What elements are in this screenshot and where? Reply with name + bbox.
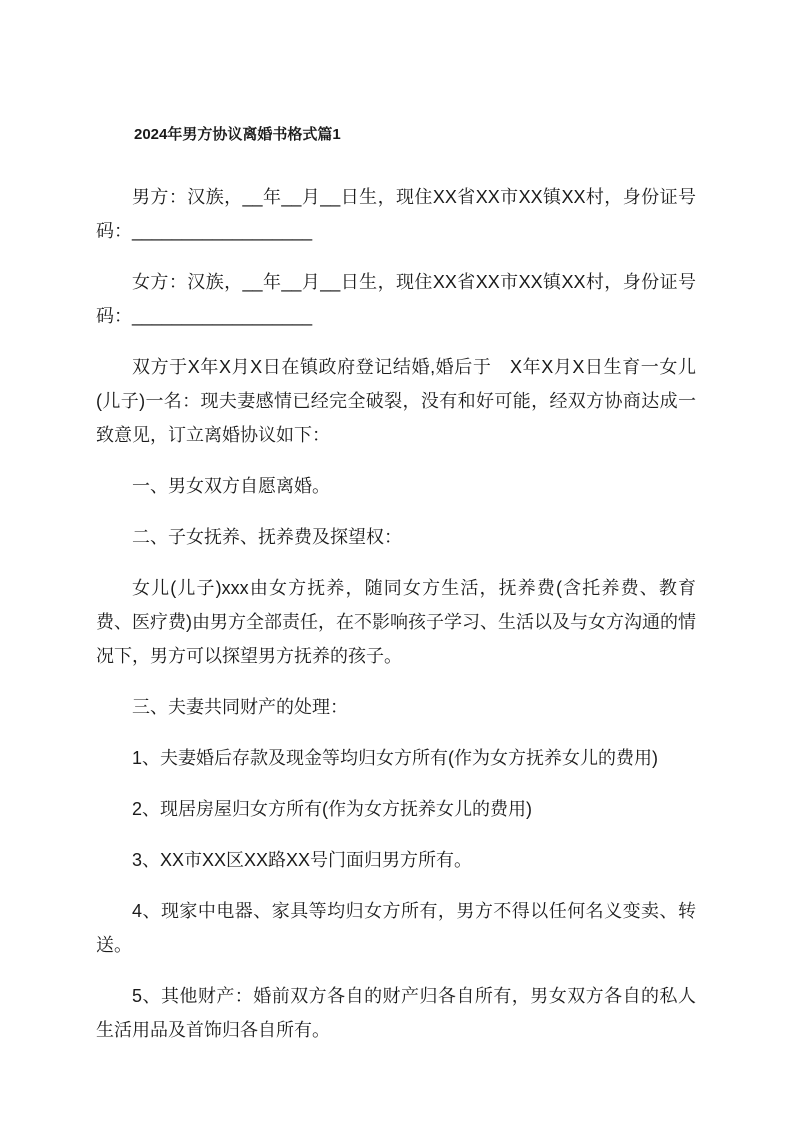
clause-1-voluntary-divorce: 一、男女双方自愿离婚。 xyxy=(96,469,696,503)
document-title: 2024年男方协议离婚书格式篇1 xyxy=(96,118,696,152)
clause-2-child-custody-heading: 二、子女抚养、抚养费及探望权： xyxy=(96,520,696,554)
document-page: 2024年男方协议离婚书格式篇1 男方：汉族，__年__月__日生，现住XX省X… xyxy=(0,0,793,1122)
paragraph-marriage-intro: 双方于X年X月X日在镇政府登记结婚,婚后于 X年X月X日生育一女儿(儿子)一名：… xyxy=(96,350,696,452)
property-item-5-other: 5、其他财产：婚前双方各自的财产归各自所有，男女双方各自的私人生活用品及首饰归各… xyxy=(96,979,696,1047)
paragraph-male-party: 男方：汉族，__年__月__日生，现住XX省XX市XX镇XX村，身份证号码：__… xyxy=(96,180,696,248)
paragraph-female-party: 女方：汉族，__年__月__日生，现住XX省XX市XX镇XX村，身份证号码：__… xyxy=(96,265,696,333)
property-item-4-appliances: 4、现家中电器、家具等均归女方所有，男方不得以任何名义变卖、转送。 xyxy=(96,894,696,962)
property-item-1-savings: 1、夫妻婚后存款及现金等均归女方所有(作为女方抚养女儿的费用) xyxy=(96,741,696,775)
property-item-2-house: 2、现居房屋归女方所有(作为女方抚养女儿的费用) xyxy=(96,792,696,826)
paragraph-child-custody-details: 女儿(儿子)xxx由女方抚养，随同女方生活，抚养费(含托养费、教育费、医疗费)由… xyxy=(96,571,696,673)
clause-3-property-heading: 三、夫妻共同财产的处理： xyxy=(96,690,696,724)
property-item-3-storefront: 3、XX市XX区XX路XX号门面归男方所有。 xyxy=(96,843,696,877)
